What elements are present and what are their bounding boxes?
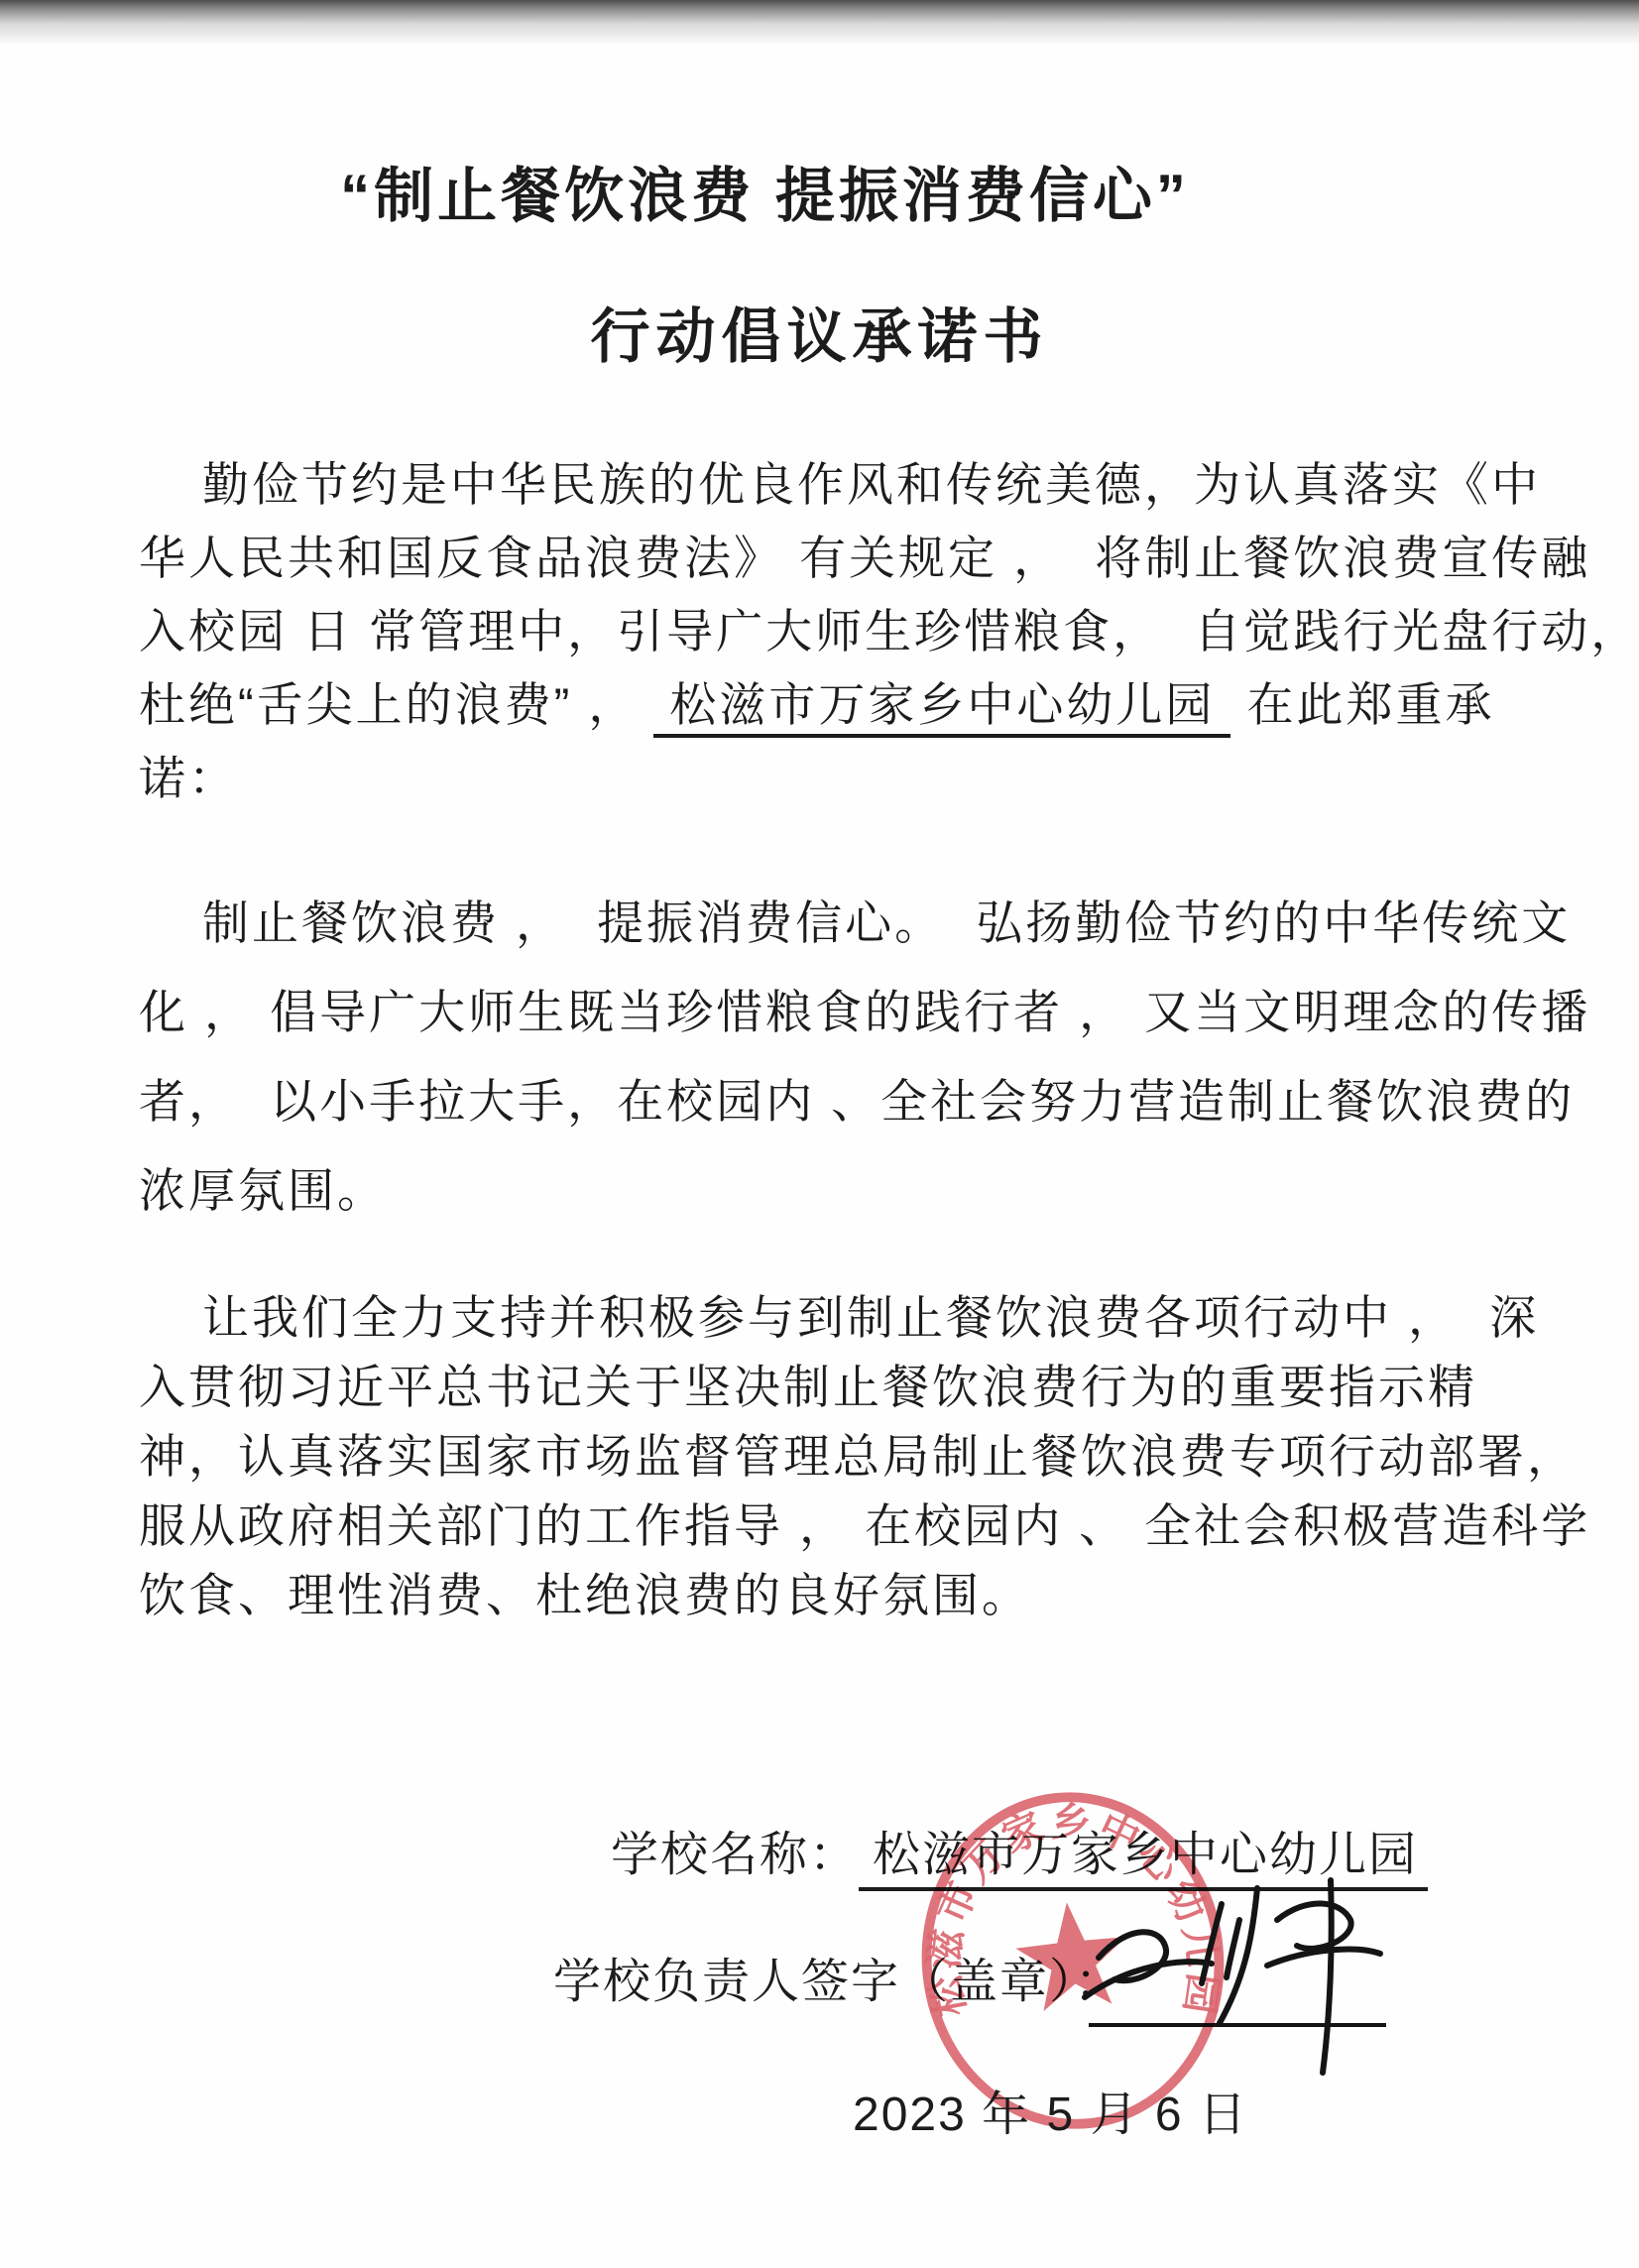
text-line: 入校园 日 常管理中，引导广大师生珍惜粮食， 自觉践行光盘行动， (139, 595, 1520, 668)
text-line: 诺： (139, 742, 1520, 815)
paragraph-2: 制止餐饮浪费 ， 提振消费信心。 弘扬勤俭节约的中华传统文 化 ， 倡导广大师生… (139, 879, 1520, 1236)
school-name-label: 学校名称： (611, 1829, 859, 1881)
text-line: 神，认真落实国家市场监督管理总局制止餐饮浪费专项行动部署， (139, 1422, 1520, 1492)
scanner-edge-shadow (0, 0, 1639, 48)
text-line: 让我们全力支持并积极参与到制止餐饮浪费各项行动中 ， 深 (139, 1283, 1520, 1353)
document-title: “制止餐饮浪费 提振消费信心” (0, 149, 1639, 234)
paragraph-3: 让我们全力支持并积极参与到制止餐饮浪费各项行动中 ， 深 入贯彻习近平总书记关于… (139, 1283, 1520, 1630)
text-line: 饮食、理性消费、杜绝浪费的良好氛围。 (139, 1561, 1520, 1630)
document-subtitle: 行动倡议承诺书 (0, 290, 1639, 375)
text-line: 制止餐饮浪费 ， 提振消费信心。 弘扬勤俭节约的中华传统文 (139, 879, 1520, 968)
signature-handwriting (1071, 1862, 1418, 2090)
text-line: 化 ， 倡导广大师生既当珍惜粮食的践行者 ， 又当文明理念的传播 (139, 968, 1520, 1057)
text-line: 浓厚氛围。 (139, 1146, 1520, 1236)
text-line: 勤俭节约是中华民族的优良作风和传统美德，为认真落实《中 (139, 448, 1520, 522)
paragraph-1: 勤俭节约是中华民族的优良作风和传统美德，为认真落实《中 华人民共和国反食品浪费法… (139, 448, 1520, 815)
text-line: 杜绝“舌尖上的浪费” ， 松滋市万家乡中心幼儿园 在此郑重承 (139, 668, 1520, 742)
date-line: 2023 年 5 月 6 日 (853, 2085, 1248, 2146)
text-line: 者， 以小手拉大手，在校园内 、全社会努力营造制止餐饮浪费的 (139, 1057, 1520, 1146)
line4-post: 在此郑重承 (1230, 678, 1494, 731)
line4-pre: 杜绝“舌尖上的浪费” ， (139, 678, 653, 731)
text-line: 入贯彻习近平总书记关于坚决制止餐饮浪费行为的重要指示精 (139, 1353, 1520, 1422)
scanned-commitment-letter: “制止餐饮浪费 提振消费信心” 行动倡议承诺书 勤俭节约是中华民族的优良作风和传… (0, 0, 1639, 2268)
text-line: 华人民共和国反食品浪费法》 有关规定 ， 将制止餐饮浪费宣传融 (139, 522, 1520, 595)
text-line: 服从政府相关部门的工作指导 ， 在校园内 、 全社会积极营造科学 (139, 1492, 1520, 1561)
school-name-underlined: 松滋市万家乡中心幼儿园 (653, 678, 1230, 738)
